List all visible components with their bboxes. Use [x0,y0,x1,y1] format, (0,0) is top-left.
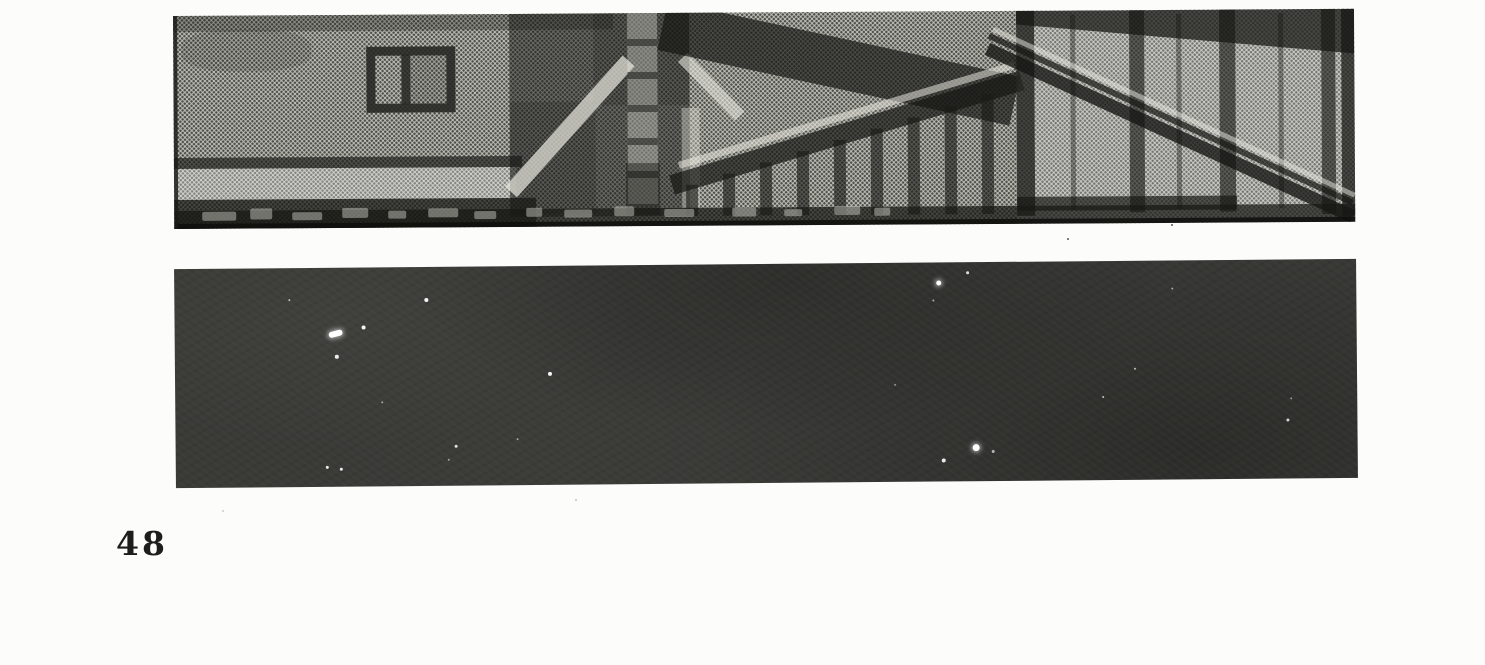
starfield-photo [174,259,1358,488]
stars-layer [174,259,1358,488]
foundation-blotch [784,209,802,216]
star [335,355,339,359]
star [894,384,896,386]
foundation-blotch [292,212,322,220]
star [966,271,969,274]
foundation-blotch [834,206,860,215]
foundation-blotch [342,208,368,218]
star [548,372,553,377]
star [1290,397,1292,399]
star [328,329,343,338]
foundation-blotch [664,209,694,217]
star [936,280,941,285]
scanned-page: 48 [0,0,1485,665]
star [1171,287,1173,289]
dust-speck [222,510,224,512]
star [448,459,450,461]
foundation-blotch [474,211,496,219]
star [972,444,979,451]
foundation-blotch [250,208,272,219]
star [325,465,328,468]
dust-speck [1171,224,1173,226]
dust-speck [575,499,577,501]
star [517,438,519,440]
star [288,299,290,301]
star [454,444,457,447]
star [1102,396,1105,399]
foundation-blotch [732,207,756,216]
page-number: 48 [116,524,168,563]
foundation-blotches [173,9,1355,229]
star [362,325,366,329]
foundation-blotch [428,208,458,217]
foundation-blotch [388,211,406,219]
star [424,298,428,302]
star [991,450,994,453]
foundation-blotch [202,212,236,221]
star [942,458,946,462]
foundation-blotch [614,206,634,216]
foundation-blotch [874,208,890,216]
porch-photo [173,9,1355,229]
star [932,300,934,302]
star [1286,418,1289,421]
dust-speck [1067,238,1069,240]
foundation-blotch [526,208,542,217]
star [339,467,342,470]
foundation-blotch [564,209,592,217]
star [1134,368,1137,371]
star [381,401,383,403]
